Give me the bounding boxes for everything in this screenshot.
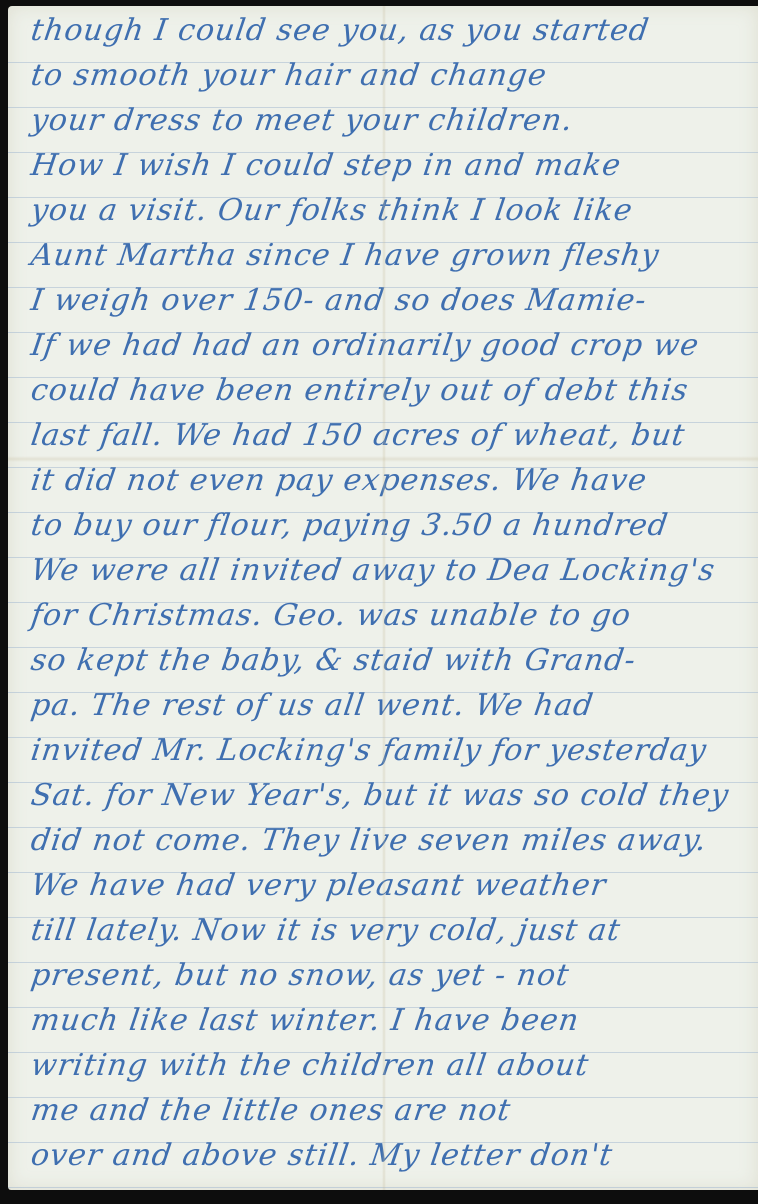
text-line: you a visit. Our folks think I look like [28,188,754,233]
text-line: invited Mr. Locking's family for yesterd… [28,728,754,773]
text-line: could have been entirely out of debt thi… [28,368,754,413]
text-line: over and above still. My letter don't [28,1133,754,1178]
letter-page: though I could see you, as you started t… [8,6,758,1190]
text-line: writing with the children all about [28,1043,754,1088]
text-line: till lately. Now it is very cold, just a… [28,908,754,953]
text-line: to buy our flour, paying 3.50 a hundred [28,503,754,548]
text-line: it did not even pay expenses. We have [28,458,754,503]
text-line: We were all invited away to Dea Locking'… [28,548,754,593]
text-line: Aunt Martha since I have grown fleshy [28,233,754,278]
text-line: to smooth your hair and change [28,53,754,98]
text-line: for Christmas. Geo. was unable to go [28,593,754,638]
text-line: pa. The rest of us all went. We had [28,683,754,728]
text-line: last fall. We had 150 acres of wheat, bu… [28,413,754,458]
text-line: present, but no snow, as yet - not [28,953,754,998]
text-line: How I wish I could step in and make [28,143,754,188]
text-line: We have had very pleasant weather [28,863,754,908]
text-line: me and the little ones are not [28,1088,754,1133]
text-line: so kept the baby, & staid with Grand- [28,638,754,683]
text-line: much like last winter. I have been [28,998,754,1043]
text-line: I weigh over 150- and so does Mamie- [28,278,754,323]
text-line: did not come. They live seven miles away… [28,818,754,863]
handwritten-text: though I could see you, as you started t… [28,6,748,1178]
text-line: your dress to meet your children. [28,98,754,143]
text-line: If we had had an ordinarily good crop we [28,323,754,368]
text-line: Sat. for New Year's, but it was so cold … [28,773,754,818]
text-line: though I could see you, as you started [28,8,754,53]
